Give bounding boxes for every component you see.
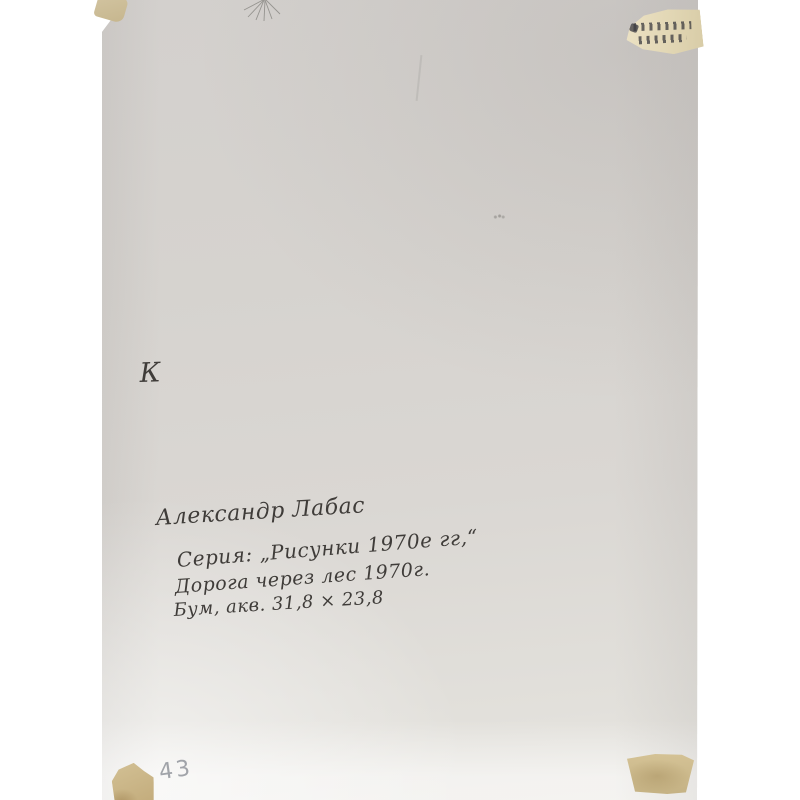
pencil-number: 43 [157,756,194,785]
tape-print-marks [633,21,691,31]
fiber-smudge [242,0,288,24]
paper-shading [100,0,698,800]
tape-bottom-right [627,754,694,794]
corner-mark: К [139,357,161,389]
tape-print-marks [639,34,687,45]
paper-speck [493,214,505,219]
photo-backdrop: К Александр Лабас Серия: „Рисунки 1970е … [0,0,800,800]
artwork-verso-paper [100,0,698,800]
